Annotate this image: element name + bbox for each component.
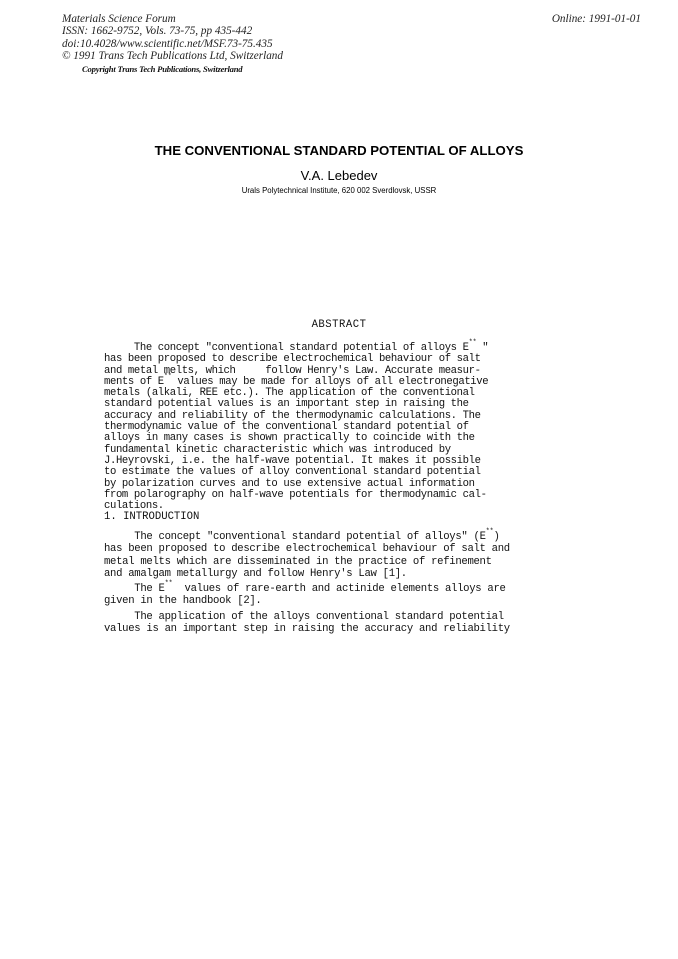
- text-line: has been proposed to describe electroche…: [104, 543, 510, 555]
- abstract-heading: ABSTRACT: [0, 319, 678, 331]
- text-line: values is an important step in raising t…: [104, 623, 510, 635]
- text-line: The E** values of rare-earth and actinid…: [104, 583, 506, 595]
- introduction-paragraph-2: The E** values of rare-earth and actinid…: [104, 583, 506, 608]
- text-line: metal melts which are disseminated in th…: [104, 556, 510, 568]
- issn-line: ISSN: 1662-9752, Vols. 73-75, pp 435-442: [62, 25, 283, 37]
- copyright-stamp: Copyright Trans Tech Publications, Switz…: [82, 64, 242, 74]
- text-line: The application of the alloys convention…: [104, 611, 510, 623]
- paper-author: V.A. Lebedev: [0, 168, 678, 183]
- text-line: and amalgam metallurgy and follow Henry'…: [104, 568, 510, 580]
- text-line: to estimate the values of alloy conventi…: [104, 467, 488, 478]
- paper-title: THE CONVENTIONAL STANDARD POTENTIAL OF A…: [0, 143, 678, 158]
- abstract-body: The concept "conventional standard poten…: [104, 343, 488, 512]
- journal-name: Materials Science Forum: [62, 13, 283, 25]
- copyright-line: © 1991 Trans Tech Publications Ltd, Swit…: [62, 50, 283, 62]
- text-line: The concept "conventional standard poten…: [104, 531, 510, 543]
- text-line: alloys in many cases is shown practicall…: [104, 433, 488, 444]
- text-line: has been proposed to describe electroche…: [104, 354, 488, 365]
- introduction-paragraph-3: The application of the alloys convention…: [104, 611, 510, 636]
- online-date: Online: 1991-01-01: [552, 13, 641, 25]
- author-affiliation: Urals Polytechnical Institute, 620 002 S…: [0, 186, 678, 195]
- journal-header: Materials Science Forum ISSN: 1662-9752,…: [62, 13, 283, 63]
- doi-line: doi:10.4028/www.scientific.net/MSF.73-75…: [62, 38, 283, 50]
- introduction-paragraph-1: The concept "conventional standard poten…: [104, 531, 510, 581]
- introduction-heading: 1. INTRODUCTION: [104, 511, 199, 523]
- text-line: given in the handbook [2].: [104, 595, 506, 607]
